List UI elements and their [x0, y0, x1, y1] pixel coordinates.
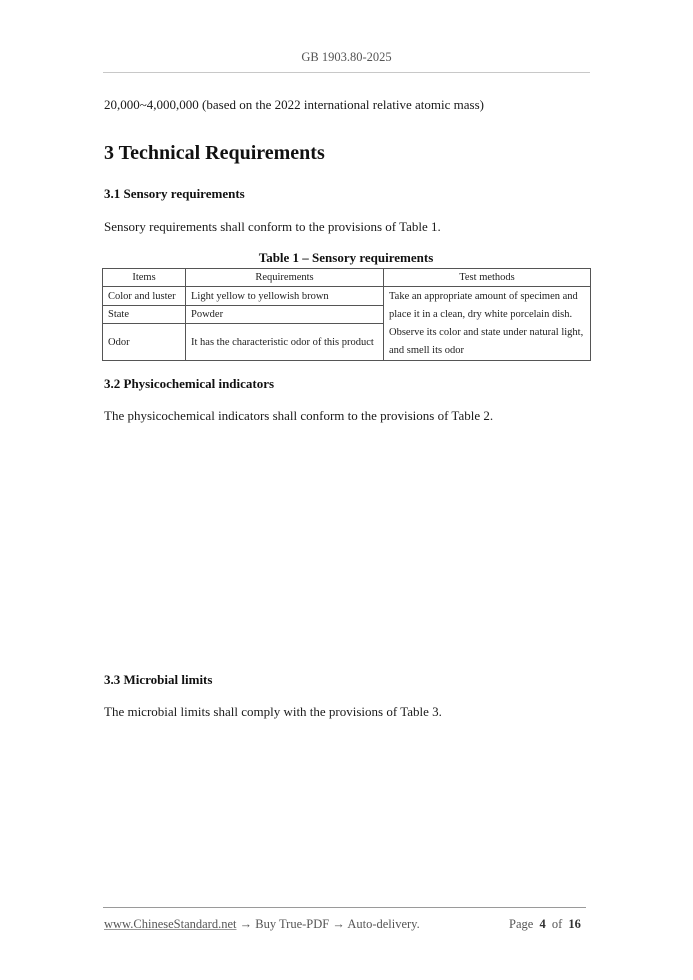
section-3-3-text: The microbial limits shall comply with t…: [104, 704, 442, 720]
intro-line: 20,000~4,000,000 (based on the 2022 inte…: [104, 97, 484, 113]
document-header-code: GB 1903.80-2025: [0, 50, 693, 65]
auto-delivery-text: Auto-delivery.: [347, 917, 419, 931]
section-3-1-text: Sensory requirements shall conform to th…: [104, 219, 441, 235]
arrow-right-icon: →: [332, 917, 345, 931]
page-label: Page: [509, 917, 533, 931]
section-3-2-heading: 3.2 Physicochemical indicators: [104, 376, 274, 392]
section-3-1-heading: 3.1 Sensory requirements: [104, 186, 245, 202]
table-cell-requirement: It has the characteristic odor of this p…: [186, 324, 384, 361]
test-method-line: Observe its color and state under natura…: [389, 324, 585, 342]
current-page-number: 4: [539, 917, 545, 931]
table-row: Color and luster Light yellow to yellowi…: [103, 287, 591, 306]
section-3-heading: 3 Technical Requirements: [104, 142, 325, 165]
table-cell-requirement: Powder: [186, 306, 384, 324]
footer-promo: www.ChineseStandard.net → Buy True-PDF →…: [104, 917, 420, 932]
arrow-right-icon: →: [240, 917, 253, 931]
table-1-caption: Table 1 – Sensory requirements: [102, 250, 590, 266]
buy-true-pdf-text: Buy True-PDF: [255, 917, 329, 931]
table-cell-item: Color and luster: [103, 287, 186, 306]
table-header-row: Items Requirements Test methods: [103, 269, 591, 287]
section-3-2-text: The physicochemical indicators shall con…: [104, 408, 493, 424]
table-cell-item: State: [103, 306, 186, 324]
table-header-requirements: Requirements: [186, 269, 384, 287]
website-link[interactable]: www.ChineseStandard.net: [104, 917, 237, 931]
footer-divider: [103, 907, 586, 908]
table-1-sensory-requirements: Items Requirements Test methods Color an…: [102, 268, 591, 361]
header-divider: [103, 72, 590, 73]
table-cell-item: Odor: [103, 324, 186, 361]
section-3-3-heading: 3.3 Microbial limits: [104, 672, 212, 688]
page-of-label: of: [552, 917, 562, 931]
test-method-line: Take an appropriate amount of specimen a…: [389, 287, 585, 306]
table-header-test-methods: Test methods: [384, 269, 591, 287]
test-method-line: place it in a clean, dry white porcelain…: [389, 306, 585, 324]
test-method-line: and smell its odor: [389, 342, 585, 360]
table-header-items: Items: [103, 269, 186, 287]
table-cell-requirement: Light yellow to yellowish brown: [186, 287, 384, 306]
table-cell-test-method: Take an appropriate amount of specimen a…: [384, 287, 591, 361]
total-page-number: 16: [568, 917, 581, 931]
page-indicator: Page 4 of 16: [509, 917, 584, 932]
